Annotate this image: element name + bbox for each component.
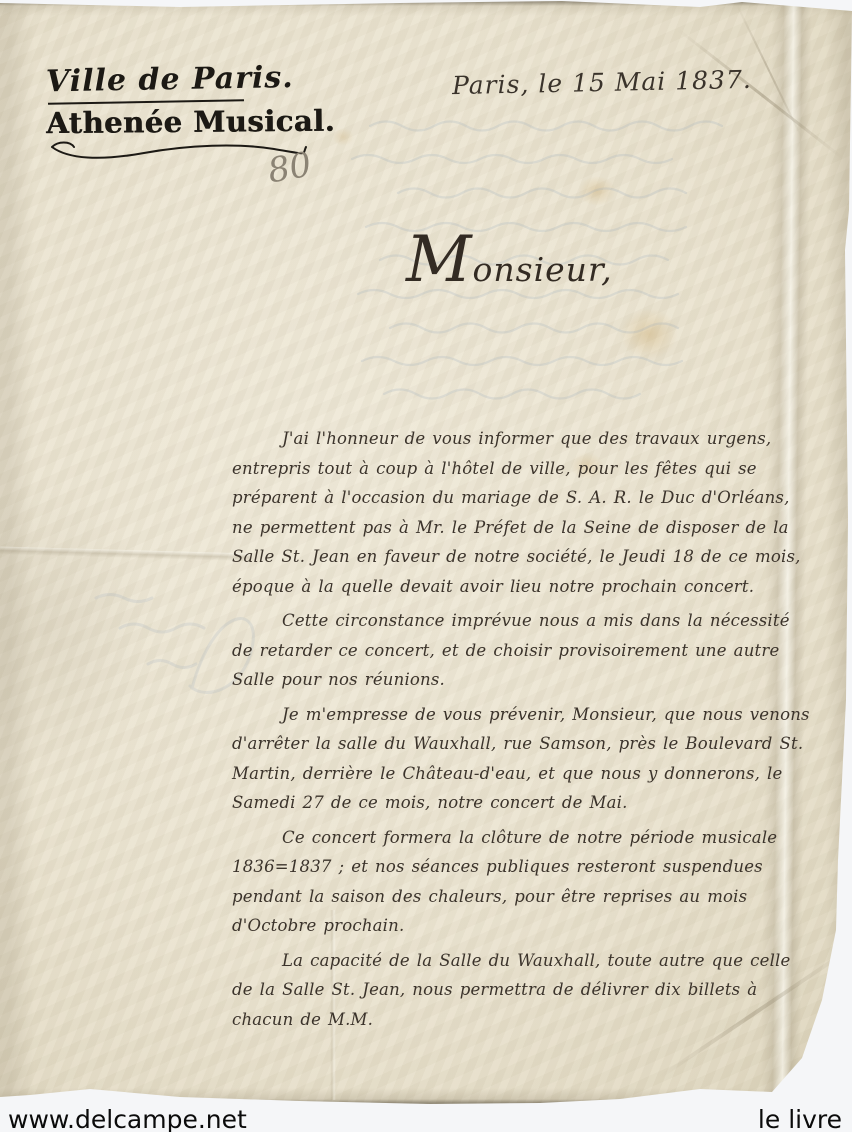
dateline: Paris, le 15 Mai 1837.	[452, 65, 752, 100]
left-crinkle-shading	[0, 480, 150, 780]
watermark-delcampe: www.delcampe.net	[8, 1105, 247, 1132]
letter-paper: Ville de Paris. Athenée Musical. Paris, …	[0, 0, 852, 1106]
salutation: Monsieur,	[406, 240, 613, 289]
letterhead-ville-de-paris: Ville de Paris.	[46, 60, 317, 100]
letter-paragraph-1: J'ai l'honneur de vous informer que des …	[232, 424, 814, 601]
stain	[578, 176, 616, 206]
letter-paragraph-3: Je m'empresse de vous prévenir, Monsieur…	[232, 700, 814, 818]
letter-paragraph-5: La capacité de la Salle du Wauxhall, tou…	[232, 946, 814, 1035]
watermark-le-livre: le livre	[758, 1105, 842, 1132]
stain	[332, 128, 354, 146]
pencil-annotation: 80	[265, 145, 315, 192]
letterhead-athenee-musical: Athenée Musical.	[46, 104, 316, 140]
letter-paragraph-2: Cette circonstance imprévue nous a mis d…	[232, 606, 814, 695]
letter-body: J'ai l'honneur de vous informer que des …	[232, 424, 814, 1039]
stain	[620, 308, 678, 360]
watermark-strip: www.delcampe.net le livre	[0, 1104, 852, 1132]
scanned-letter: Ville de Paris. Athenée Musical. Paris, …	[0, 0, 852, 1132]
horizontal-fold-crease	[0, 547, 250, 562]
letter-paragraph-4: Ce concert formera la clôture de notre p…	[232, 823, 814, 941]
